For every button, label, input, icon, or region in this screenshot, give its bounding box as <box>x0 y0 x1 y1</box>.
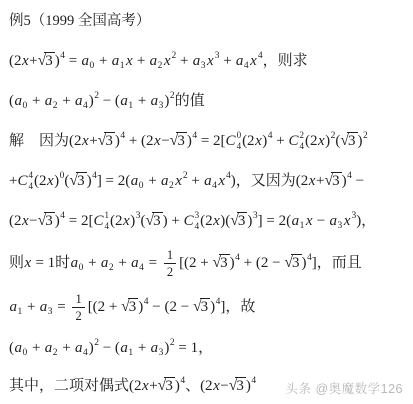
solution-line-3: (2x−√3)4 = 2[C14(2x)3(√3) + C34(2x)(√3)3… <box>9 196 409 236</box>
math-token-bin: C44 <box>17 161 34 201</box>
math-token-frac: 12 <box>164 248 176 280</box>
math-token-txt: ]，而且 <box>312 255 362 271</box>
problem-line-2: (a0 + a2 + a4)2 − (a1 + a3)2的值 <box>9 76 409 116</box>
math-token-sub: 2 <box>169 181 175 191</box>
math-token-var: x <box>163 53 171 69</box>
math-document: 例5（1999 全国高考）(2x+√3)4 = a0 + a1x + a2x2 … <box>0 0 413 400</box>
math-token-txt: = <box>53 299 69 315</box>
math-token-var: a <box>160 173 169 189</box>
math-token-txt: [(2 + <box>88 299 121 315</box>
math-token-txt: = 2[ <box>197 133 225 149</box>
problem-line-1: (2x+√3)4 = a0 + a1x + a2x2 + a3x3 + a4x4… <box>9 36 409 76</box>
math-token-bin: C14 <box>94 201 111 241</box>
math-token-txt: (2 <box>242 133 255 149</box>
math-token-txt: ) <box>87 173 92 189</box>
math-token-bin: C34 <box>184 201 201 241</box>
math-token-sqrt: √3 <box>38 213 55 229</box>
math-token-sqrt: √3 <box>213 255 230 271</box>
math-token-txt: 解 因为 <box>9 133 69 149</box>
math-token-sqrt: √3 <box>98 133 115 149</box>
math-token-sqrt: √3 <box>284 255 301 271</box>
math-token-var: a <box>235 53 244 69</box>
math-token-txt: + <box>58 340 74 356</box>
math-token-txt: + <box>84 255 100 271</box>
math-token-txt: (2 <box>305 133 318 149</box>
math-token-txt: = <box>65 53 81 69</box>
math-token-var: a <box>149 53 158 69</box>
math-token-txt: + <box>115 255 131 271</box>
math-token-sqrt: √3 <box>324 173 341 189</box>
math-token-txt: ) <box>89 340 94 356</box>
math-token-sqrt: √3 <box>121 299 138 315</box>
math-token-var: a <box>204 173 213 189</box>
solution-line-6: (a0 + a2 + a4)2 − (a1 + a3)2 = 1， <box>9 324 409 362</box>
math-token-bin: C04 <box>226 121 243 161</box>
math-token-sqrt: √3 <box>340 133 357 149</box>
math-token-sup: 2 <box>363 131 368 141</box>
math-token-var: a <box>39 299 48 315</box>
math-token-sqrt: √3 <box>145 213 162 229</box>
math-token-var: x <box>343 213 351 229</box>
math-token-sqrt: √3 <box>193 299 210 315</box>
math-token-var: a <box>150 93 159 109</box>
math-token-txt: 则 <box>9 255 24 271</box>
math-token-txt: ) <box>89 93 94 109</box>
math-token-sub: 4 <box>244 61 250 71</box>
math-token-var: x <box>317 133 325 149</box>
math-token-txt: + <box>95 53 111 69</box>
math-token-txt: ] = 2( <box>258 213 291 229</box>
math-token-var: a <box>150 340 159 356</box>
watermark: 头条 @奥魔数学126 <box>285 379 403 397</box>
math-token-txt: ) <box>342 173 347 189</box>
math-token-var: x <box>125 53 133 69</box>
heading-line: 例5（1999 全国高考） <box>9 6 409 36</box>
math-token-sub: 4 <box>212 181 218 191</box>
math-token-txt: + <box>28 93 44 109</box>
math-token-txt: (2 <box>129 378 142 394</box>
math-token-txt: )( <box>220 213 230 229</box>
math-token-var: a <box>70 255 79 271</box>
math-token-var: a <box>44 93 53 109</box>
math-lines: 例5（1999 全国高考）(2x+√3)4 = a0 + a1x + a2x2 … <box>9 6 409 400</box>
math-token-var: a <box>44 340 53 356</box>
math-token-txt: − <box>352 173 364 189</box>
math-token-txt: + <box>58 93 74 109</box>
math-token-var: a <box>81 53 90 69</box>
math-token-var: x <box>305 213 313 229</box>
math-token-txt: − ( <box>99 93 120 109</box>
math-token-txt: + <box>219 53 235 69</box>
math-token-sqrt: √3 <box>229 378 246 394</box>
math-token-txt: (2 <box>296 173 309 189</box>
math-token-txt: + <box>149 378 157 394</box>
math-token-var: a <box>74 93 83 109</box>
math-token-var: a <box>329 213 338 229</box>
math-token-txt: ) + <box>163 213 184 229</box>
math-token-sqrt: √3 <box>38 53 55 69</box>
math-token-txt: 、(2 <box>185 378 213 394</box>
math-token-txt: − <box>29 213 37 229</box>
math-token-var: a <box>9 299 18 315</box>
math-token-txt: [(2 + <box>179 255 212 271</box>
math-token-txt: − <box>313 213 329 229</box>
math-token-txt: + <box>28 340 44 356</box>
math-token-txt: + <box>23 299 39 315</box>
math-token-txt: (2 <box>9 53 22 69</box>
math-token-txt: − ( <box>99 340 120 356</box>
solution-line-5: a1 + a3 = 12[(2 + √3)4 − (2 − √3)4]，故 <box>9 280 409 324</box>
math-token-txt: + <box>134 340 150 356</box>
math-token-txt: ]，故 <box>220 299 255 315</box>
math-token-txt: 其中，二项对偶式 <box>9 378 129 394</box>
math-token-txt: + <box>188 173 204 189</box>
math-token-txt: )，又因为 <box>231 173 296 189</box>
math-token-txt: − <box>161 133 169 149</box>
math-token-txt: + <box>9 173 17 189</box>
math-token-txt: )， <box>356 213 376 229</box>
math-token-txt: = 1时 <box>32 255 70 271</box>
math-token-txt: (2 <box>110 213 123 229</box>
math-token-txt: = 2[ <box>65 213 93 229</box>
math-token-sqrt: √3 <box>230 213 247 229</box>
solution-line-4: 则x = 1时a0 + a2 + a4 = 12[(2 + √3)4 + (2 … <box>9 236 409 280</box>
math-token-txt: + (2 <box>125 133 153 149</box>
math-token-txt: (2 <box>34 173 47 189</box>
math-token-txt: + <box>145 173 161 189</box>
math-token-var: a <box>111 53 120 69</box>
math-token-bin: C24 <box>288 121 305 161</box>
math-token-txt: − <box>220 378 228 394</box>
math-token-txt: + <box>272 133 288 149</box>
math-token-var: x <box>24 255 32 271</box>
math-token-var: x <box>308 173 316 189</box>
math-token-txt: + <box>176 53 192 69</box>
math-token-txt: (2 <box>69 133 82 149</box>
math-token-sup: 4 <box>251 376 256 386</box>
math-token-var: a <box>291 213 300 229</box>
math-token-sub: 3 <box>201 61 207 71</box>
math-token-txt: ) <box>302 255 307 271</box>
math-token-var: a <box>74 340 83 356</box>
math-token-txt: = 1， <box>175 340 213 356</box>
math-token-txt: (2 <box>9 213 22 229</box>
math-token-var: a <box>192 53 201 69</box>
math-token-var: a <box>131 255 140 271</box>
math-token-txt: + (2 − <box>240 255 284 271</box>
math-token-txt: − (2 − <box>149 299 193 315</box>
solution-line-2: +C44(2x)0(√3)4] = 2(a0 + a2x2 + a4x4)，又因… <box>9 156 409 196</box>
math-token-txt: ] = 2( <box>97 173 130 189</box>
math-token-var: a <box>14 340 23 356</box>
math-token-txt: + <box>133 53 149 69</box>
math-token-txt: + <box>29 53 37 69</box>
math-token-sqrt: √3 <box>170 133 187 149</box>
math-token-txt: 例5（1999 全国高考） <box>9 13 150 29</box>
math-token-var: a <box>130 173 139 189</box>
math-token-txt: 的值 <box>175 93 205 109</box>
solution-line-1: 解 因为(2x+√3)4 + (2x−√3)4 = 2[C04(2x)4 + C… <box>9 116 409 156</box>
math-token-var: x <box>46 173 54 189</box>
math-token-txt: ) <box>230 255 235 271</box>
math-token-txt: ，则求 <box>263 53 308 69</box>
math-token-sqrt: √3 <box>158 378 175 394</box>
math-token-sqrt: √3 <box>69 173 86 189</box>
math-token-var: a <box>14 93 23 109</box>
math-token-txt: ) <box>358 133 363 149</box>
math-token-txt: + <box>134 93 150 109</box>
math-token-frac: 12 <box>72 292 84 324</box>
math-token-var: x <box>218 173 226 189</box>
math-token-var: a <box>100 255 109 271</box>
math-token-txt: (2 <box>200 213 213 229</box>
math-token-txt: + <box>89 133 97 149</box>
math-token-txt: = <box>145 255 161 271</box>
